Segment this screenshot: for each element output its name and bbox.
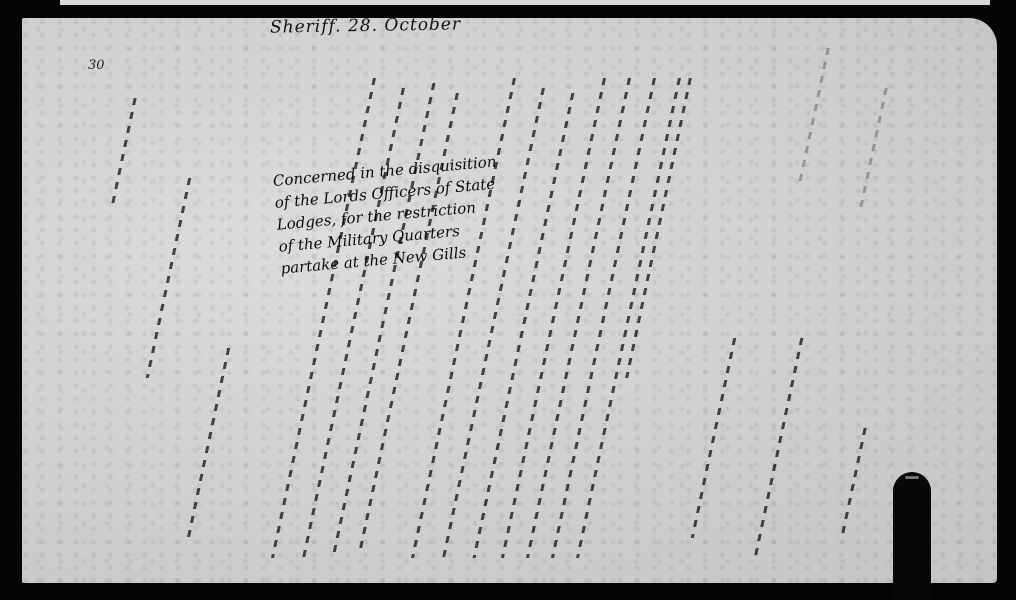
ink-bleed-through <box>859 88 888 208</box>
ink-bleed-through <box>754 338 804 558</box>
ink-bleed-through <box>840 428 866 538</box>
ink-bleed-through <box>797 48 830 188</box>
ink-bleed-through <box>625 78 692 378</box>
page-clip <box>893 472 931 600</box>
ink-bleed-through <box>576 78 681 558</box>
margin-number: 30 <box>88 58 105 73</box>
document-header: Sheriff. 28. October <box>270 14 461 37</box>
manuscript-page <box>22 18 997 583</box>
endorsement-note: Concerned in the disquisition of the Lor… <box>272 149 521 279</box>
scan-top-strip <box>60 0 990 5</box>
ink-bleed-through <box>146 178 192 378</box>
ink-bleed-through <box>110 98 136 208</box>
ink-bleed-through <box>332 83 436 558</box>
ink-bleed-through <box>691 338 737 538</box>
ink-bleed-through <box>187 348 230 538</box>
ink-bleed-through <box>302 88 405 558</box>
ink-bleed-through <box>271 78 376 558</box>
ink-bleed-through <box>526 78 631 558</box>
